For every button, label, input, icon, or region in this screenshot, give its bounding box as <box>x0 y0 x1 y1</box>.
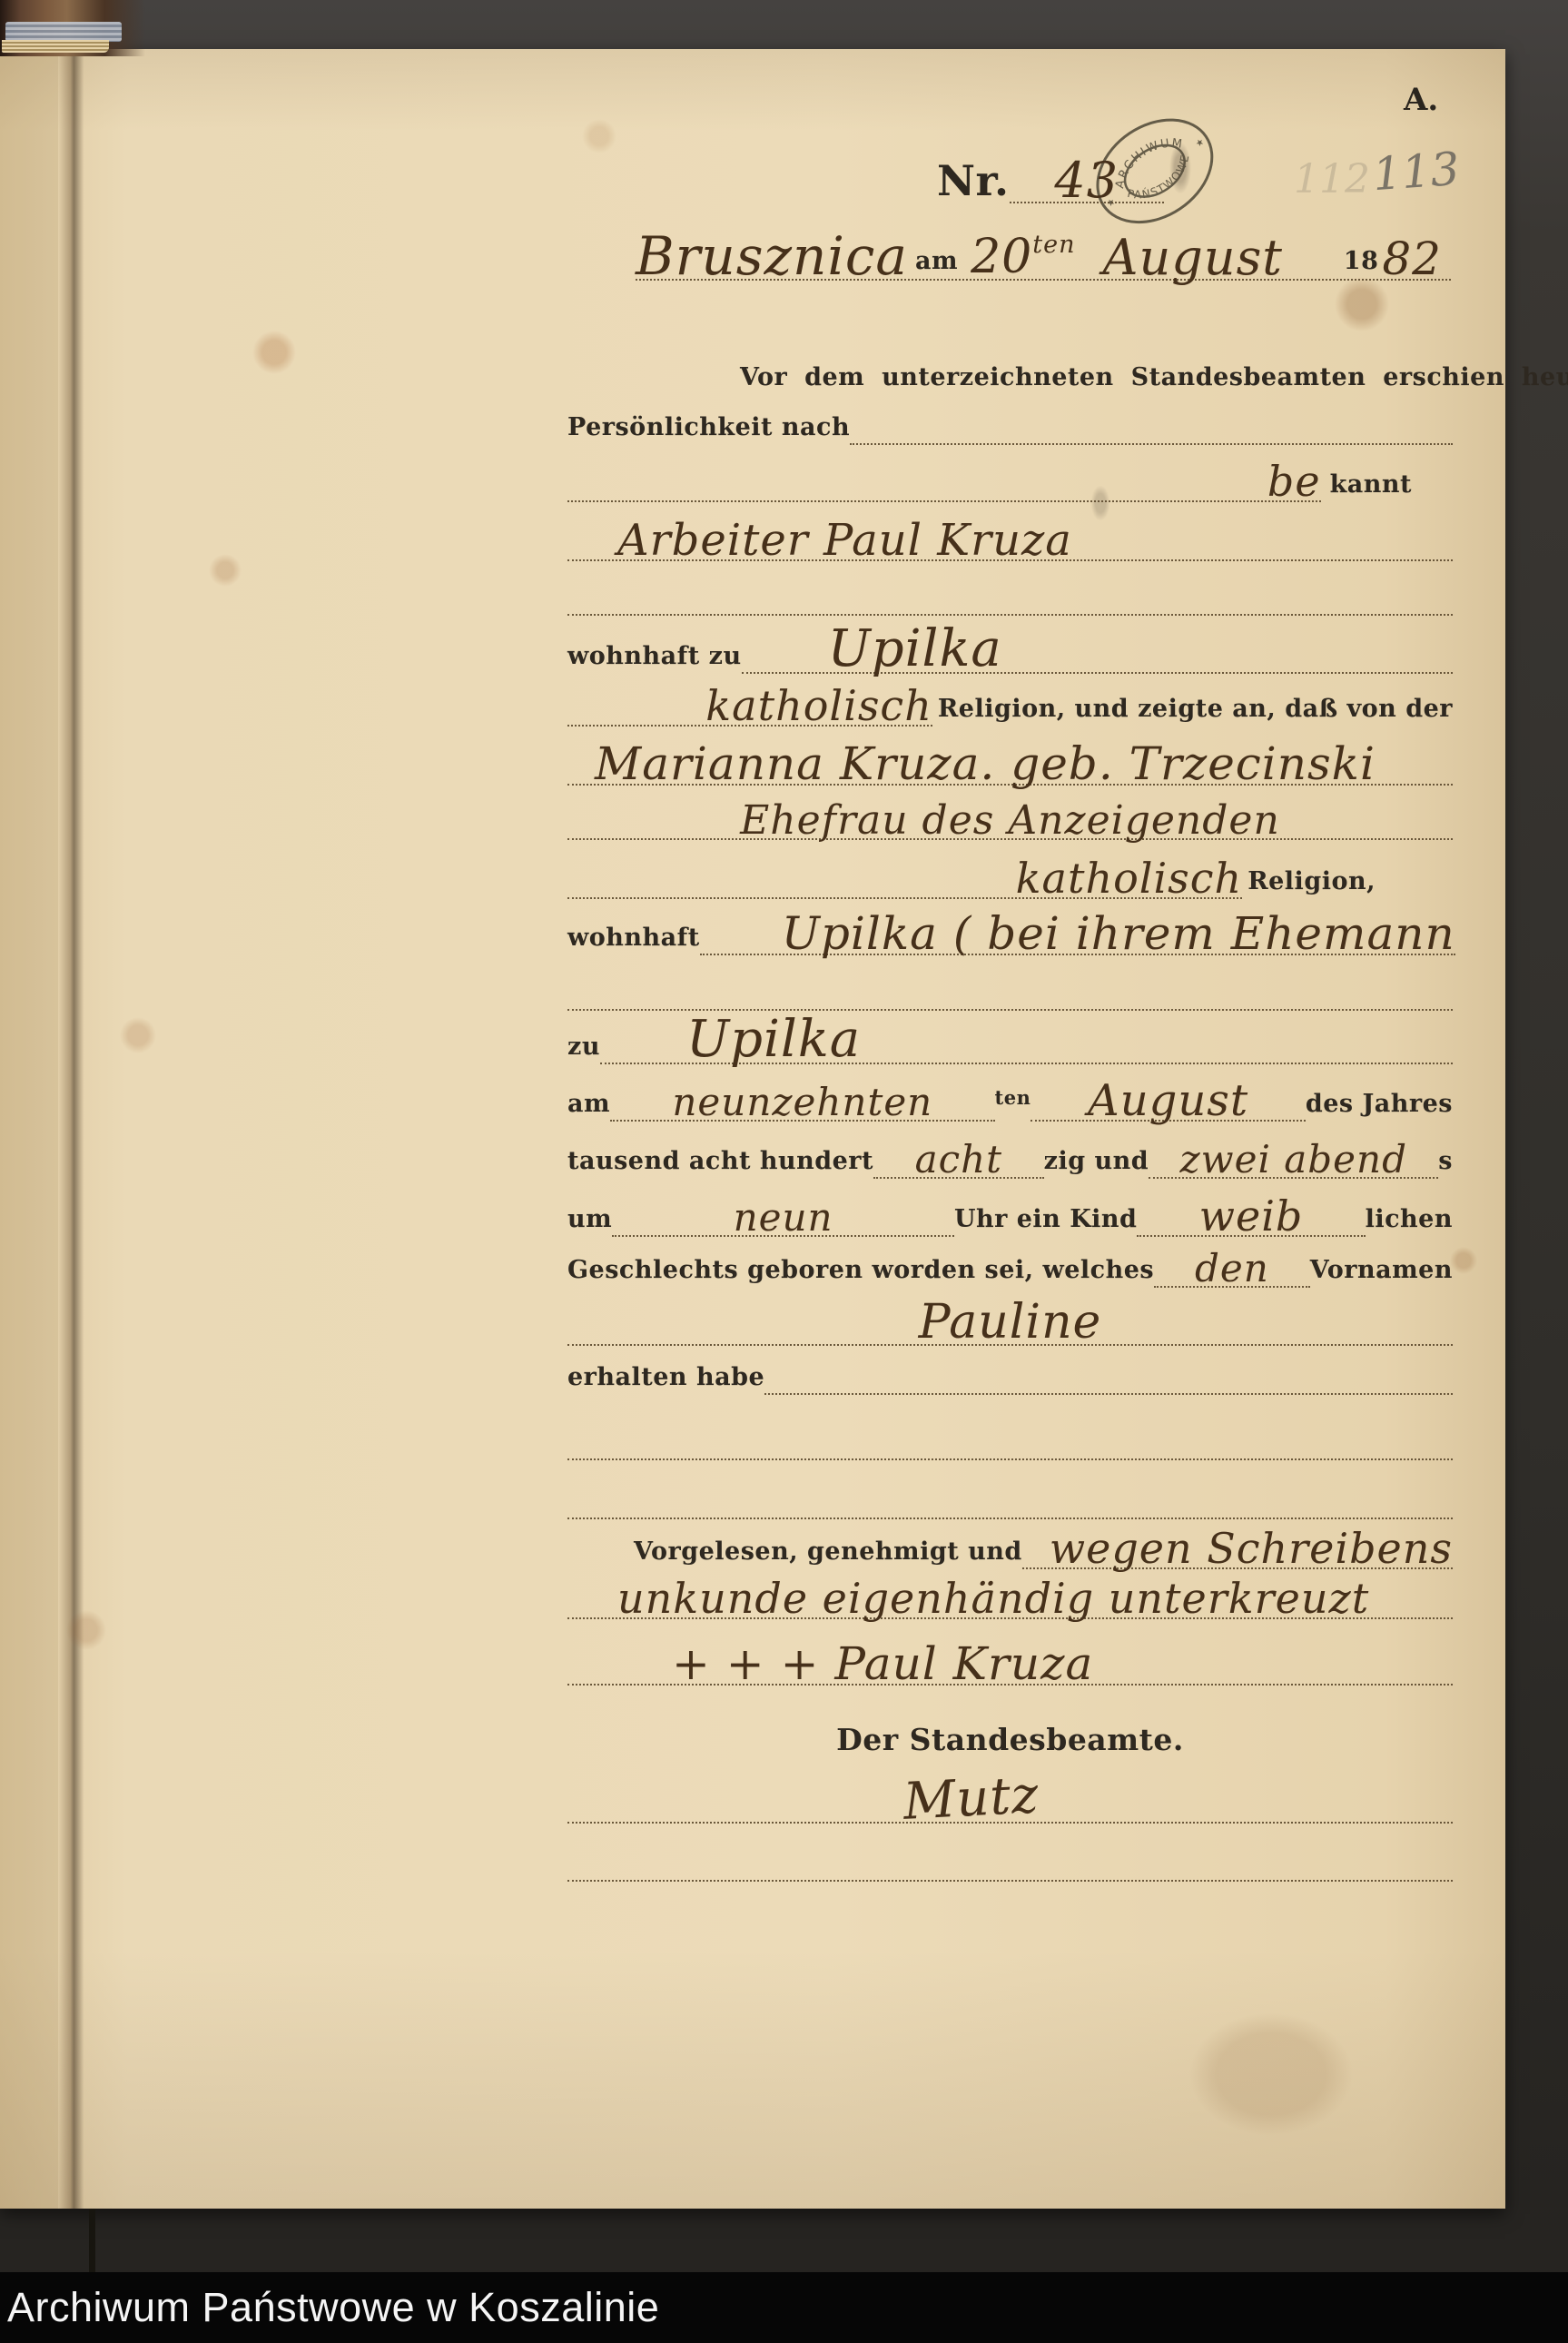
persoenlichkeit-line: Persönlichkeit nach <box>567 403 1453 445</box>
lichen-label: lichen <box>1366 1207 1453 1237</box>
nr-dotted-line: 43 <box>1010 161 1164 203</box>
erhalten-habe-label: erhalten habe <box>567 1365 764 1395</box>
dotted-fill: Arbeiter Paul Kruza <box>567 523 1453 561</box>
pencil-ghost-number: 112 <box>1294 156 1370 203</box>
dateline-day: 20 <box>971 239 1032 279</box>
handwritten-mother-relation: Ehefrau des Anzeigenden <box>740 805 1280 838</box>
nr-label: Nr. <box>937 160 1010 203</box>
declarant-signature-line: + + + Paul Kruza <box>567 1635 1453 1686</box>
stamp-star-right: ★ <box>1194 137 1207 150</box>
book-gutter-shadow <box>58 49 85 2209</box>
vorgelesen-label: Vorgelesen, genehmigt und <box>634 1539 1022 1569</box>
dotted-fill: August <box>1031 1083 1305 1122</box>
handwritten-be: be <box>1267 465 1321 500</box>
dotted-fill <box>567 614 1453 616</box>
empty-dotted-line <box>567 1510 1453 1519</box>
birthyear-line: tausend acht hundert acht zig und zwei a… <box>567 1137 1453 1179</box>
wohnhaft-zu-label: wohnhaft zu <box>567 644 742 674</box>
handwritten-birth-day: neunzehnten <box>672 1087 932 1120</box>
handwritten-hour: neun <box>734 1202 833 1235</box>
dotted-fill: acht <box>873 1144 1044 1179</box>
wohnhaft-label: wohnhaft <box>567 925 700 955</box>
dotted-fill: Ehefrau des Anzeigenden <box>567 805 1453 840</box>
official-label-line: Der Standesbeamte. <box>567 1722 1453 1760</box>
dotted-fill: katholisch <box>567 689 932 727</box>
dateline: Brusznica am 20 ten August 18 82 <box>636 204 1451 281</box>
empty-dotted-line <box>567 1873 1453 1882</box>
persoenlichkeit-label: Persönlichkeit nach <box>567 415 850 445</box>
residence-line: wohnhaft zu Upilka <box>567 632 1453 674</box>
dotted-fill: Upilka ( bei ihrem Ehemann <box>700 915 1455 955</box>
bekannt-line: be kannt <box>567 457 1453 502</box>
dotted-fill: Marianna Kruza. geb. Trzecinski <box>567 746 1453 786</box>
handwritten-birthplace: Upilka <box>686 1020 861 1063</box>
dateline-am-label: am <box>915 249 958 279</box>
handwritten-religion1: katholisch <box>705 689 932 725</box>
handwritten-year-ones: zwei abend <box>1180 1144 1407 1177</box>
birthdate-line: am neunzehnten ten August des Jahres <box>567 1080 1453 1122</box>
dotted-fill: wegen Schreibens <box>1022 1532 1453 1569</box>
closing-line1: Vorgelesen, genehmigt und wegen Schreibe… <box>567 1527 1453 1569</box>
handwritten-declarant-name: Arbeiter Paul Kruza <box>617 523 1072 559</box>
um-label: um <box>567 1207 612 1237</box>
dotted-fill: den <box>1154 1253 1310 1288</box>
dateline-day-suffix: ten <box>1032 235 1075 279</box>
previous-page-edge <box>0 49 58 2209</box>
book-binding <box>0 0 145 56</box>
declarant-line: Arbeiter Paul Kruza <box>567 498 1453 561</box>
dotted-fill: katholisch <box>567 862 1242 899</box>
scan-stage: A. 112 113 ARCHIWUM PAŃSTWOWE ★ ★ Nr. 43 <box>0 0 1568 2343</box>
dotted-fill <box>764 1393 1453 1395</box>
dateline-year: 82 <box>1382 241 1442 279</box>
tausend-label: tausend acht hundert <box>567 1149 873 1179</box>
des-jahres-label: des Jahres <box>1306 1092 1453 1122</box>
dateline-century: 18 <box>1344 249 1379 279</box>
closing-line2: unkunde eigenhändig unterkreuzt <box>567 1572 1453 1619</box>
dotted-fill: be <box>567 465 1321 502</box>
handwritten-child-name: Pauline <box>919 1304 1102 1344</box>
mother-residence-line: wohnhaft Upilka ( bei ihrem Ehemann <box>567 914 1453 955</box>
form-letter-a: A. <box>1404 82 1438 118</box>
mother-line: Marianna Kruza. geb. Trzecinski <box>567 722 1453 786</box>
handwritten-religion2: katholisch <box>1016 862 1243 897</box>
religion2-line: katholisch Religion, <box>567 857 1453 899</box>
erhalten-line: erhalten habe <box>567 1353 1453 1395</box>
handwritten-decade: acht <box>915 1144 1003 1177</box>
geschlechts-line: Geschlechts geboren worden sei, welches … <box>567 1246 1453 1288</box>
dotted-fill: neunzehnten <box>610 1087 994 1122</box>
birthtime-line: um neun Uhr ein Kind weib lichen <box>567 1195 1453 1237</box>
child-name-line: Pauline <box>567 1291 1453 1346</box>
s-suffix-label: s <box>1438 1149 1453 1179</box>
page-edges-stack <box>2 40 109 53</box>
ten-suffix-label: ten <box>995 1088 1031 1122</box>
intro-text: Vor dem unterzeichneten Standesbeamten e… <box>740 365 1568 395</box>
dotted-fill: Pauline <box>567 1304 1453 1346</box>
binding-threads <box>5 22 122 42</box>
empty-dotted-line <box>567 1451 1453 1460</box>
official-signature-line: Mutz <box>567 1769 1453 1824</box>
handwritten-den: den <box>1195 1253 1269 1286</box>
handwritten-birth-month: August <box>1088 1083 1248 1120</box>
pencil-page-number: 113 <box>1371 143 1461 202</box>
religion-label: Religion, <box>1247 869 1376 899</box>
intro-line: Vor dem unterzeichneten Standesbeamten e… <box>740 357 1439 395</box>
handwritten-residence: Upilka <box>828 629 1002 672</box>
dotted-fill <box>850 443 1453 445</box>
dotted-fill <box>567 1458 1453 1460</box>
dotted-fill: + + + Paul Kruza <box>567 1646 1453 1686</box>
handwritten-declarant-signature: + + + Paul Kruza <box>672 1646 1093 1684</box>
dotted-fill: Upilka <box>742 629 1453 674</box>
birthplace-line: zu Upilka <box>567 1023 1453 1064</box>
am-label: am <box>567 1092 610 1122</box>
empty-dotted-line <box>567 607 1453 616</box>
zig-und-label: zig und <box>1044 1149 1149 1179</box>
dotted-fill: weib <box>1137 1200 1365 1237</box>
handwritten-official-signature: Mutz <box>902 1775 1040 1825</box>
dateline-place: Brusznica <box>636 235 908 279</box>
der-standesbeamte-label: Der Standesbeamte. <box>836 1725 1184 1760</box>
zu-label: zu <box>567 1034 600 1064</box>
archive-caption-text: Archiwum Państwowe w Koszalinie <box>7 2284 659 2331</box>
dotted-fill: unkunde eigenhändig unterkreuzt <box>567 1582 1453 1619</box>
uhr-ein-kind-label: Uhr ein Kind <box>954 1207 1138 1237</box>
handwritten-closing1: wegen Schreibens <box>1050 1532 1453 1567</box>
geschlechts-label: Geschlechts geboren worden sei, welches <box>567 1258 1154 1288</box>
dateline-month: August <box>1102 238 1283 279</box>
archive-caption-bar: Archiwum Państwowe w Koszalinie <box>0 2272 1568 2343</box>
dotted-fill: zwei abend <box>1149 1144 1438 1179</box>
dotted-fill: Mutz <box>567 1779 1453 1824</box>
handwritten-mother-name: Marianna Kruza. geb. Trzecinski <box>595 746 1376 784</box>
handwritten-closing2: unkunde eigenhändig unterkreuzt <box>617 1582 1369 1617</box>
record-number-line: Nr. 43 <box>937 143 1164 203</box>
handwritten-mother-residence: Upilka ( bei ihrem Ehemann <box>782 915 1455 954</box>
dotted-fill: Upilka <box>600 1020 1453 1064</box>
mother-relation-line: Ehefrau des Anzeigenden <box>567 789 1453 840</box>
record-number-value: 43 <box>1054 161 1119 202</box>
dotted-fill: neun <box>612 1202 954 1237</box>
dotted-fill <box>567 1518 1453 1519</box>
religion1-line: katholisch Religion, und zeigte an, daß … <box>567 685 1453 727</box>
vornamen-label: Vornamen <box>1310 1258 1453 1288</box>
handwritten-gender: weib <box>1199 1200 1304 1235</box>
gutter-shadow-extension <box>89 2209 95 2272</box>
dotted-fill <box>567 1880 1453 1882</box>
